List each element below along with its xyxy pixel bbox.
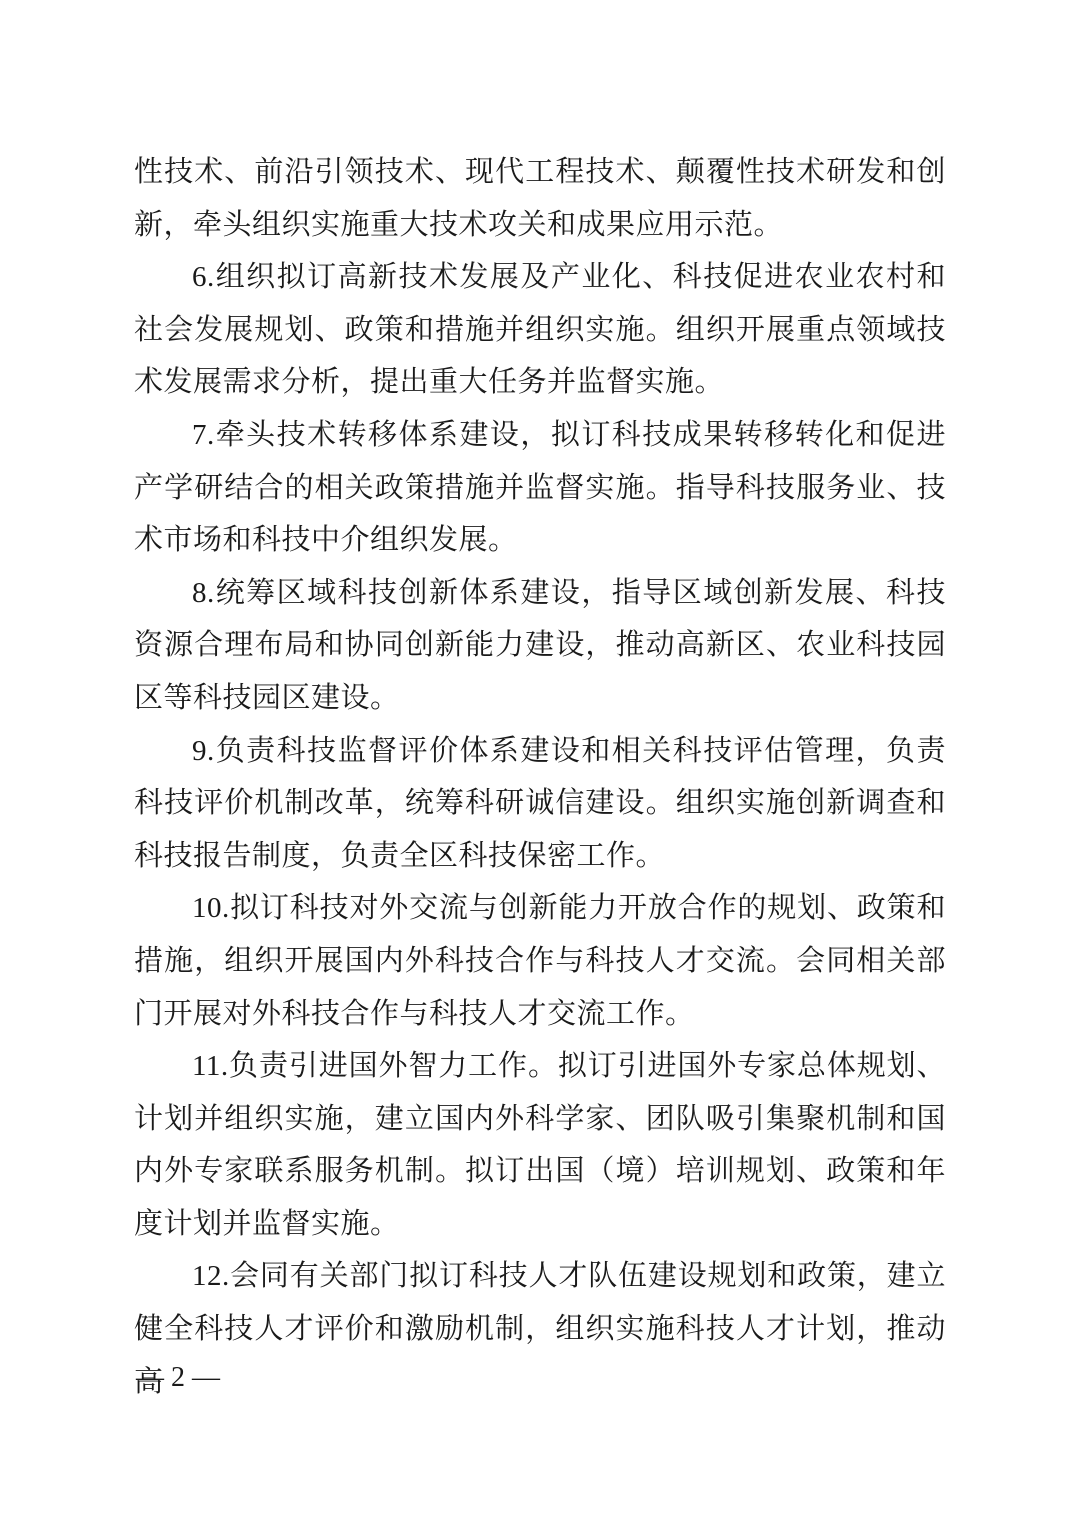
document-page: { "document": { "page_number": "— 2 —", … [0,0,1074,1520]
paragraph-8: 8.统筹区域科技创新体系建设，指导区域创新发展、科技资源合理布局和协同创新能力建… [134,567,946,725]
document-body: 性技术、前沿引领技术、现代工程技术、颠覆性技术研发和创新，牵头组织实施重大技术攻… [134,146,946,1408]
paragraph-12: 12.会同有关部门拟订科技人才队伍建设规划和政策，建立健全科技人才评价和激励机制… [134,1250,946,1408]
paragraph-10: 10.拟订科技对外交流与创新能力开放合作的规划、政策和措施，组织开展国内外科技合… [134,882,946,1040]
paragraph-7: 7.牵头技术转移体系建设，拟订科技成果转移转化和促进产学研结合的相关政策措施并监… [134,409,946,567]
page: 性技术、前沿引领技术、现代工程技术、颠覆性技术研发和创新，牵头组织实施重大技术攻… [0,0,1074,1520]
page-number: — 2 — [136,1358,220,1398]
paragraph-9: 9.负责科技监督评价体系建设和相关科技评估管理，负责科技评价机制改革，统筹科研诚… [134,725,946,883]
paragraph-5-continuation: 性技术、前沿引领技术、现代工程技术、颠覆性技术研发和创新，牵头组织实施重大技术攻… [134,146,946,251]
paragraph-6: 6.组织拟订高新技术发展及产业化、科技促进农业农村和社会发展规划、政策和措施并组… [134,251,946,409]
paragraph-11: 11.负责引进国外智力工作。拟订引进国外专家总体规划、计划并组织实施，建立国内外… [134,1040,946,1250]
